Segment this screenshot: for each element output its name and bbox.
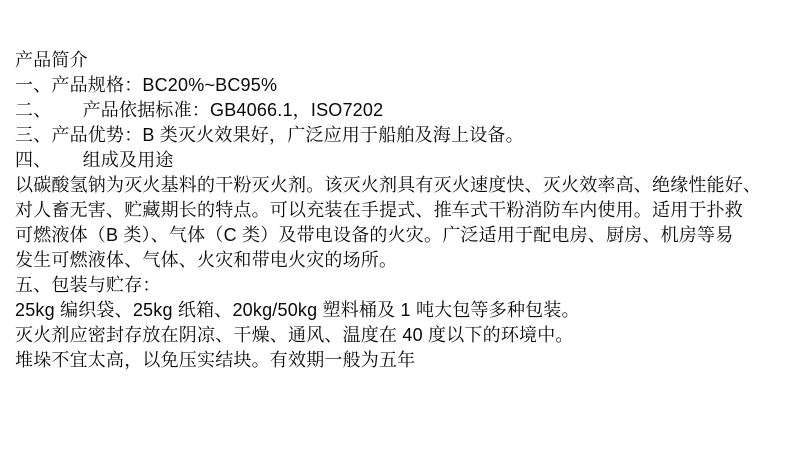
spec-line: 一、产品规格：BC20%~BC95% xyxy=(15,73,787,98)
packing-options-line: 25kg 编织袋、25kg 纸箱、20kg/50kg 塑料桶及 1 吨大包等多种… xyxy=(15,298,787,323)
document-text-block: 产品简介 一、产品规格：BC20%~BC95% 二、 产品依据标准：GB4066… xyxy=(15,48,787,373)
composition-paragraph-line-2: 对人畜无害、贮藏期长的特点。可以充装在手提式、推车式干粉消防车内使用。适用于扑救 xyxy=(15,198,787,223)
storage-condition-line: 灭火剂应密封存放在阴凉、干燥、通风、温度在 40 度以下的环境中。 xyxy=(15,323,787,348)
stacking-shelf-life-line: 堆垛不宜太高，以免压实结块。有效期一般为五年 xyxy=(15,348,787,373)
standard-line: 二、 产品依据标准：GB4066.1，ISO7202 xyxy=(15,98,787,123)
composition-heading-line: 四、 组成及用途 xyxy=(15,148,787,173)
composition-paragraph-line-4: 发生可燃液体、气体、火灾和带电火灾的场所。 xyxy=(15,248,787,273)
document-page: 产品简介 一、产品规格：BC20%~BC95% 二、 产品依据标准：GB4066… xyxy=(0,0,802,467)
composition-paragraph-line-1: 以碳酸氢钠为灭火基料的干粉灭火剂。该灭火剂具有灭火速度快、灭火效率高、绝缘性能好… xyxy=(15,173,787,198)
advantage-line: 三、产品优势：B 类灭火效果好，广泛应用于船舶及海上设备。 xyxy=(15,123,787,148)
doc-title-line: 产品简介 xyxy=(15,48,787,73)
composition-paragraph-line-3: 可燃液体（B 类）、气体（C 类）及带电设备的火灾。广泛适用于配电房、厨房、机房… xyxy=(15,223,787,248)
packing-heading-line: 五、包装与贮存： xyxy=(15,273,787,298)
